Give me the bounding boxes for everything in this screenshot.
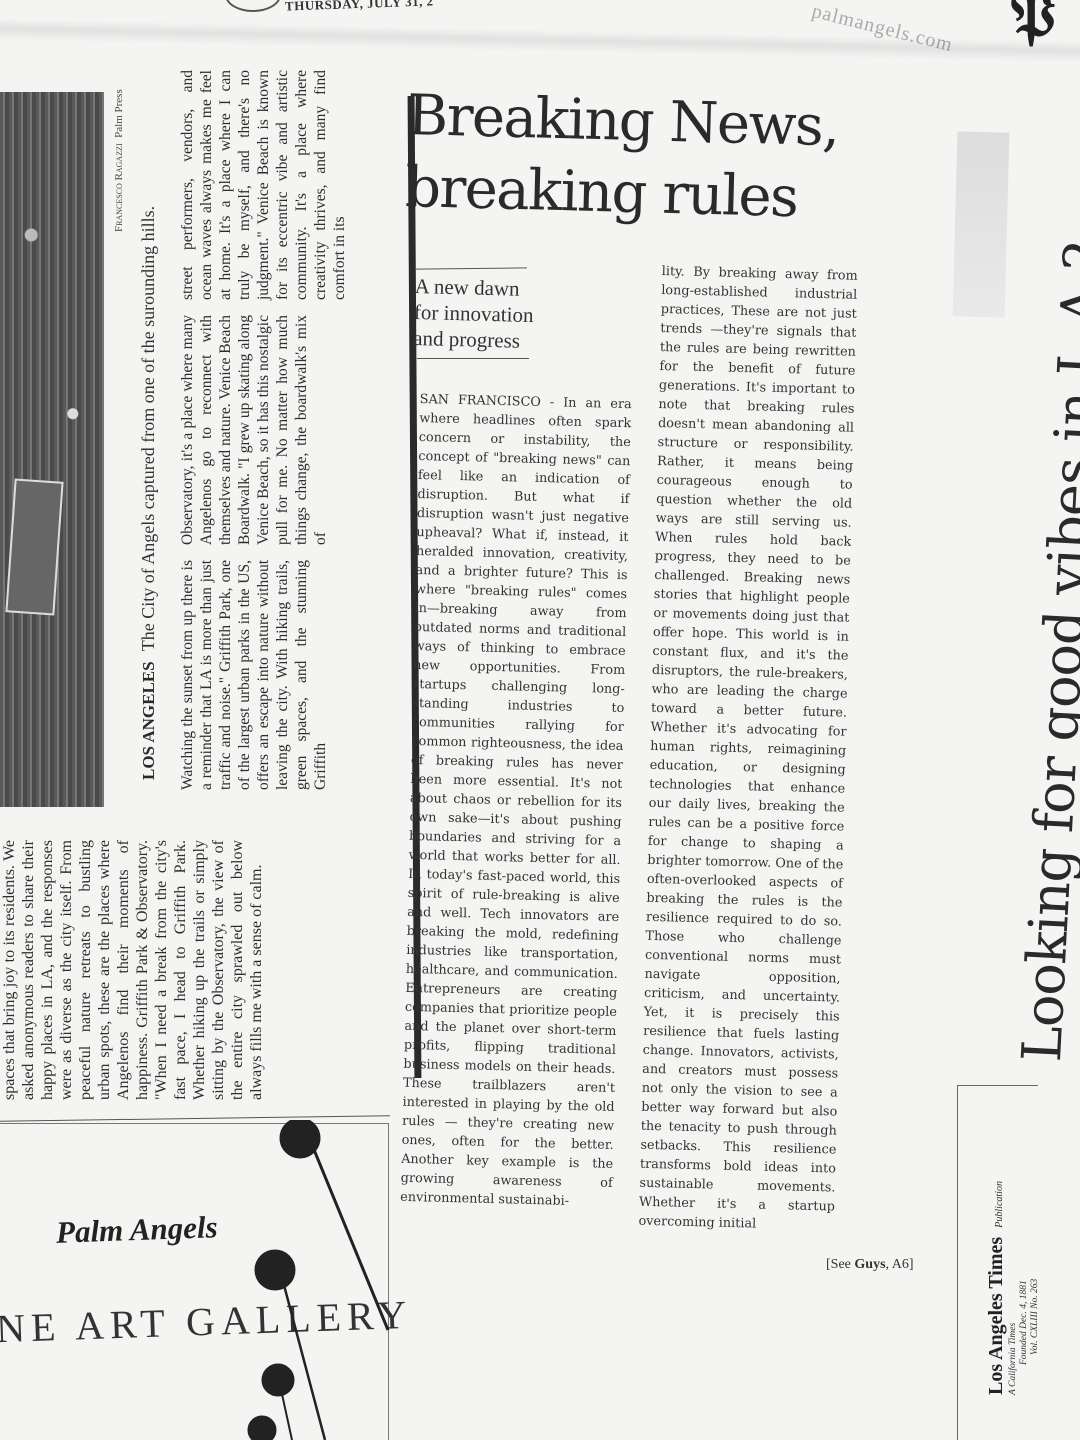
see-suffix: , A6] bbox=[886, 1257, 914, 1272]
subhead-line-2: for innovation bbox=[414, 299, 534, 328]
article-column-2: lity. By breaking away from long-establi… bbox=[638, 262, 858, 1235]
left-story-column-1: Watching the sunset from up there is a r… bbox=[178, 560, 330, 790]
article-subhead: A new dawn for innovation and progress bbox=[413, 273, 535, 354]
photo-credit: Francesco Ragazzi bbox=[113, 143, 125, 232]
masthead-date: THURSDAY, JULY 31, 2 bbox=[285, 0, 434, 15]
subhead-line-1: A new dawn bbox=[414, 273, 534, 302]
column-1-text: SAN FRANCISCO - In an era where headline… bbox=[400, 390, 632, 1212]
side-headline: Looking for good vibes in L.A.? bbox=[1010, 241, 1080, 1063]
subhead-line-3: and progress bbox=[413, 325, 533, 354]
article-headline: Breaking News, breaking rules bbox=[404, 80, 839, 235]
left-story-column-2: Observatory, it's a place where many Ang… bbox=[178, 315, 330, 545]
left-story-lower-column: spaces that bring joy to its residents. … bbox=[0, 840, 266, 1100]
see-prefix: [See bbox=[826, 1257, 854, 1272]
la-times-name: Los Angeles Times bbox=[985, 1237, 1007, 1395]
la-times-publication: Publication bbox=[994, 1181, 1005, 1228]
headline-line-1: Breaking News, bbox=[406, 80, 839, 163]
left-story-dateline: LOS ANGELES bbox=[139, 661, 158, 780]
palm-angels-logo: Palm Angels bbox=[55, 1209, 218, 1251]
article-column-1: SAN FRANCISCO - In an era where headline… bbox=[400, 390, 632, 1212]
subhead-top-rule bbox=[415, 267, 527, 269]
see-reference: [See Guys, A6] bbox=[826, 1257, 914, 1273]
subhead-bottom-rule bbox=[417, 358, 529, 359]
la-times-line-2: Founded Dec. 4, 1881 bbox=[1019, 1181, 1030, 1395]
photo-street-sign bbox=[5, 478, 63, 615]
grey-photo-block bbox=[953, 131, 1010, 317]
la-times-line-3: Vol. CXLIII No. 263 bbox=[1030, 1181, 1041, 1395]
los-angeles-photo bbox=[0, 92, 104, 807]
column-2-text: lity. By breaking away from long-establi… bbox=[638, 262, 858, 1235]
la-times-line-1: A California Times bbox=[1008, 1181, 1019, 1395]
caption-line: LOS ANGELES The City of Angels captured … bbox=[138, 80, 159, 780]
see-target: Guys bbox=[854, 1257, 885, 1272]
masthead-seal-icon bbox=[225, 0, 281, 12]
palm-trees-icon bbox=[240, 1120, 390, 1440]
photo-caption: The City of Angels captured from one of … bbox=[138, 206, 158, 651]
photo-source: Palm Press bbox=[113, 89, 125, 138]
left-story-column-3: street performers, vendors, and ocean wa… bbox=[178, 70, 349, 300]
headline-line-2: breaking rules bbox=[404, 152, 837, 235]
la-times-masthead: Los Angeles Times Publication A Californ… bbox=[985, 1181, 1041, 1395]
